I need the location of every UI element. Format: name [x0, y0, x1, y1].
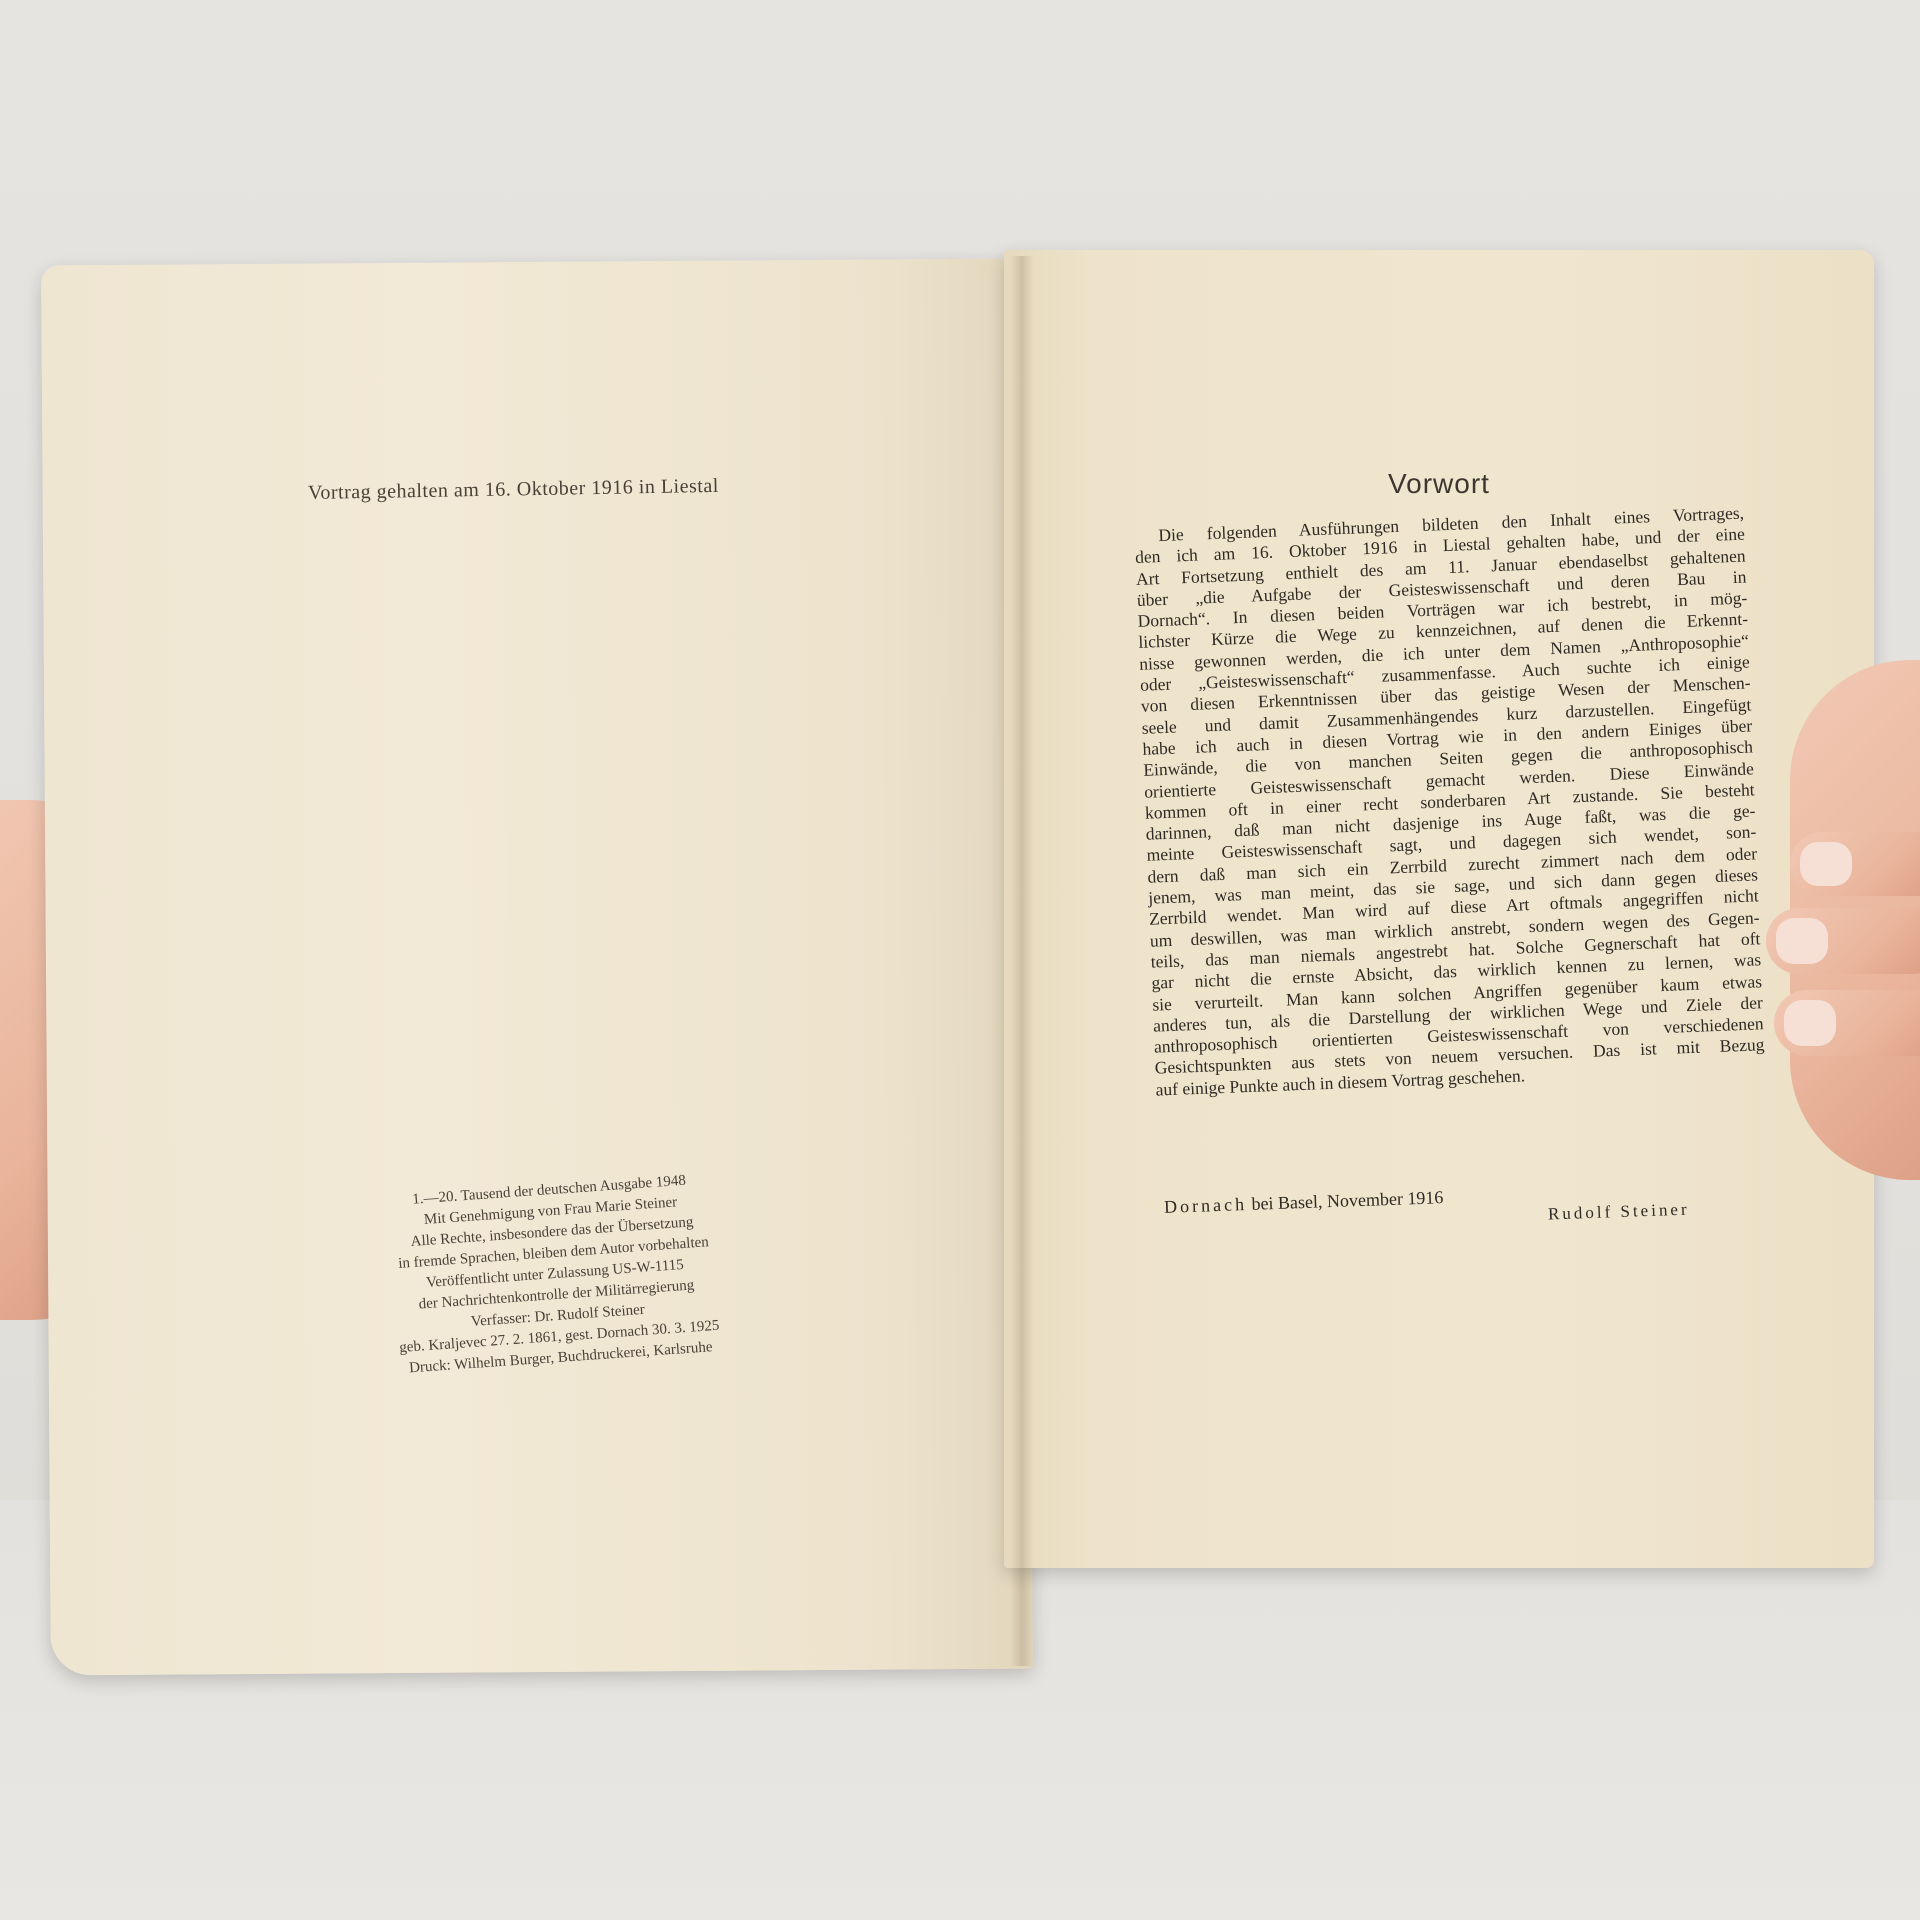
- foreword-heading: Vorwort: [1388, 468, 1490, 500]
- left-page: [41, 259, 1033, 1676]
- photo-scene: { "left_page": { "title": "Vortrag gehal…: [0, 0, 1920, 1920]
- right-fingernail: [1800, 842, 1852, 886]
- right-fingernail: [1776, 918, 1828, 964]
- place-name: Dornach: [1164, 1194, 1248, 1217]
- foreword-body: Die folgenden Ausführungen bildeten den …: [1134, 503, 1766, 1101]
- book-spine-gutter: [1010, 256, 1034, 1666]
- imprint-block: 1.—20. Tausend der deutschen Ausgabe 194…: [334, 1165, 776, 1384]
- right-fingernail: [1784, 1000, 1836, 1046]
